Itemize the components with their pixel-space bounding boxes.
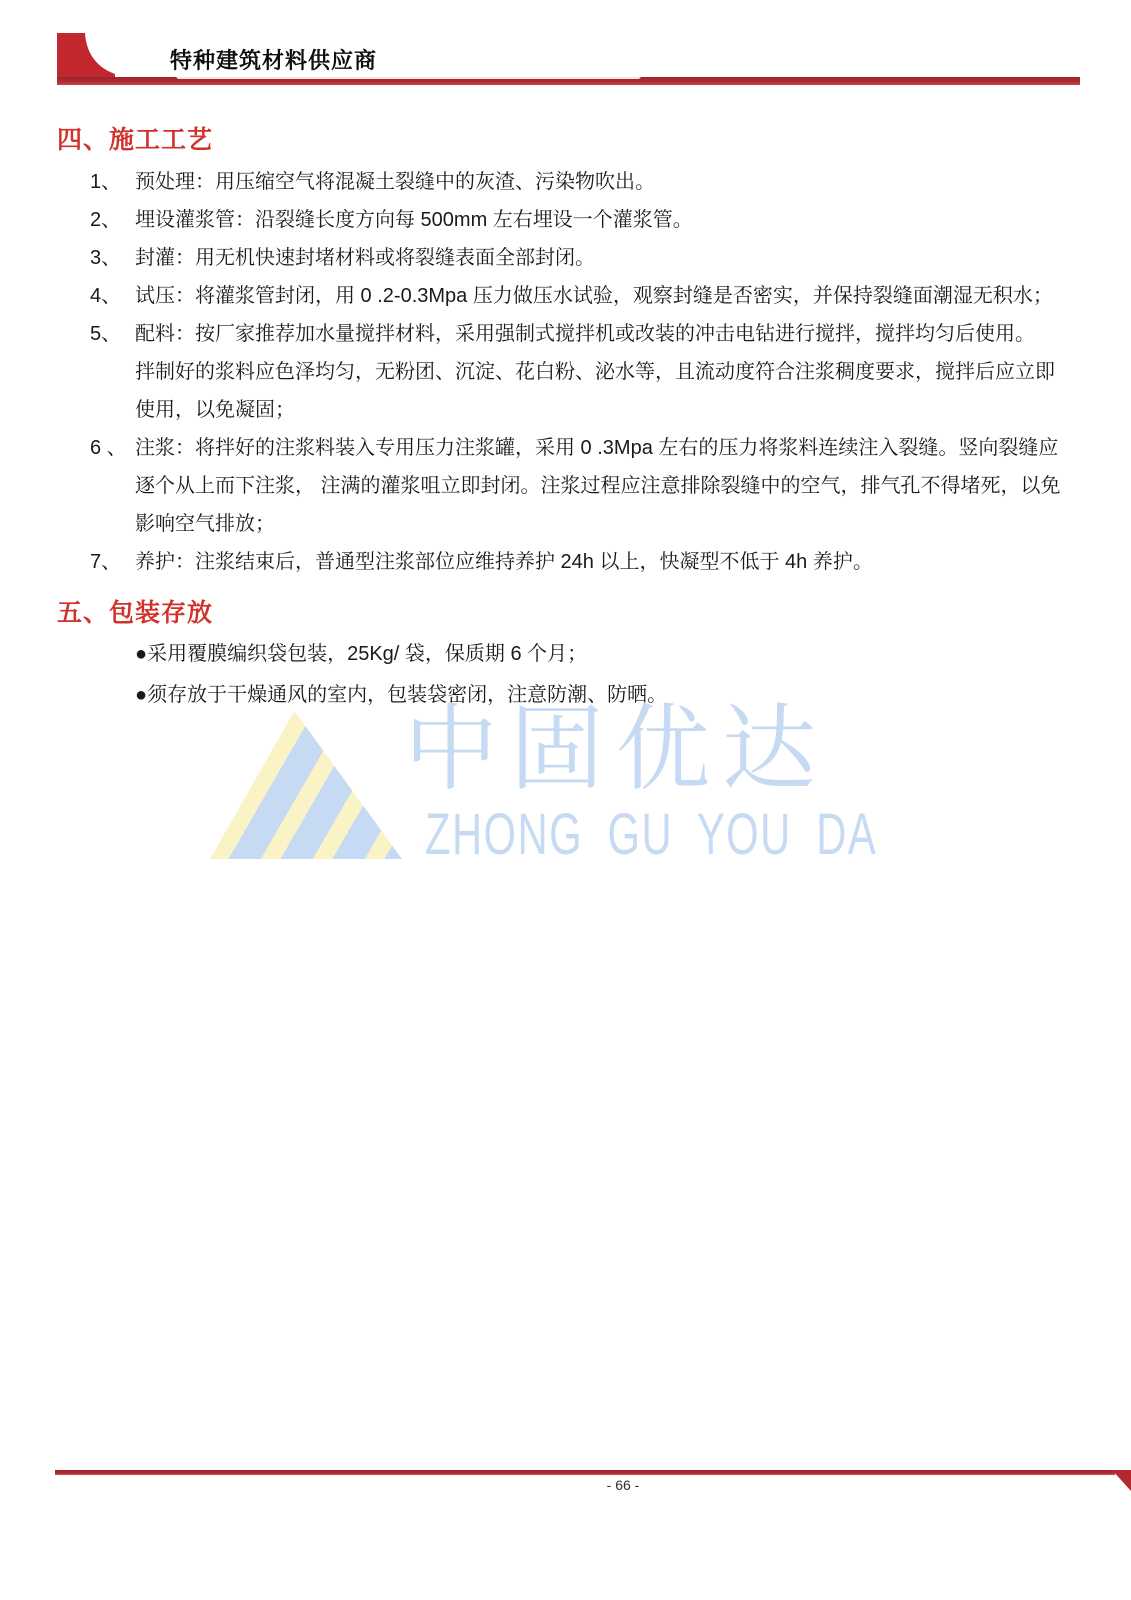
section-heading-packaging-storage: 五、包装存放 [57,598,1071,628]
list-item: 7、养护：注浆结束后，普通型注浆部位应维持养护 24h 以上，快凝型不低于 4h… [57,543,1071,581]
bullet-list: ●采用覆膜编织袋包装，25Kg/ 袋，保质期 6 个月； ●须存放于干燥通风的室… [57,634,1071,716]
list-item: 3、封灌：用无机快速封堵材料或将裂缝表面全部封闭。 [57,239,1071,277]
item-number: 5、 [90,315,135,353]
item-number: 4、 [90,277,135,315]
bullet-item: ●采用覆膜编织袋包装，25Kg/ 袋，保质期 6 个月； [57,634,1071,675]
header-title: 特种建筑材料供应商 [170,44,377,75]
item-number: 2、 [90,201,135,239]
document-page: 中固优达 ZHONG GU YOU DA 特种建筑材料供应商 四、施工工艺 1、… [0,0,1131,1600]
bullet-item: ●须存放于干燥通风的室内，包装袋密闭，注意防潮、防晒。 [57,675,1071,716]
item-text: 配料：按厂家推荐加水量搅拌材料，采用强制式搅拌机或改装的冲击电钻进行搅拌，搅拌均… [135,323,1035,345]
item-text: 埋设灌浆管：沿裂缝长度方向每 500mm 左右埋设一个灌浆管。 [135,209,693,231]
item-text: 注浆：将拌好的注浆料装入专用压力注浆罐，采用 0 .3Mpa 左右的压力将浆料连… [135,437,1061,535]
list-item: 2、埋设灌浆管：沿裂缝长度方向每 500mm 左右埋设一个灌浆管。 [57,201,1071,239]
item-number: 3、 [90,239,135,277]
list-item-continuation: 拌制好的浆料应色泽均匀，无粉团、沉淀、花白粉、泌水等，且流动度符合注浆稠度要求，… [57,353,1071,429]
numbered-list: 1、预处理：用压缩空气将混凝土裂缝中的灰渣、污染物吹出。 2、埋设灌浆管：沿裂缝… [57,163,1071,581]
list-item: 4、试压：将灌浆管封闭，用 0 .2-0.3Mpa 压力做压水试验，观察封缝是否… [57,277,1071,315]
item-text: 试压：将灌浆管封闭，用 0 .2-0.3Mpa 压力做压水试验，观察封缝是否密实… [135,285,1053,307]
watermark-company-name-en: ZHONG GU YOU DA [425,806,877,864]
item-number: 6 、 [90,429,135,467]
watermark-company-name-cn: 中固优达 [404,702,828,796]
item-text: 养护：注浆结束后，普通型注浆部位应维持养护 24h 以上，快凝型不低于 4h 养… [135,551,873,573]
striped-triangle-logo-icon [210,711,402,859]
item-text: 预处理：用压缩空气将混凝土裂缝中的灰渣、污染物吹出。 [135,171,655,193]
list-item: 1、预处理：用压缩空气将混凝土裂缝中的灰渣、污染物吹出。 [57,163,1071,201]
list-item: 5、配料：按厂家推荐加水量搅拌材料，采用强制式搅拌机或改装的冲击电钻进行搅拌，搅… [57,315,1071,353]
footer-rule [55,1470,1115,1475]
item-text: 封灌：用无机快速封堵材料或将裂缝表面全部封闭。 [135,247,595,269]
item-number: 7、 [90,543,135,581]
page-content: 四、施工工艺 1、预处理：用压缩空气将混凝土裂缝中的灰渣、污染物吹出。 2、埋设… [57,0,1071,716]
item-number: 1、 [90,163,135,201]
section-heading-construction-process: 四、施工工艺 [57,125,1071,155]
list-item: 6 、注浆：将拌好的注浆料装入专用压力注浆罐，采用 0 .3Mpa 左右的压力将… [57,429,1071,543]
page-number: - 66 - [115,1477,1131,1493]
header-red-flag-icon [55,33,115,80]
